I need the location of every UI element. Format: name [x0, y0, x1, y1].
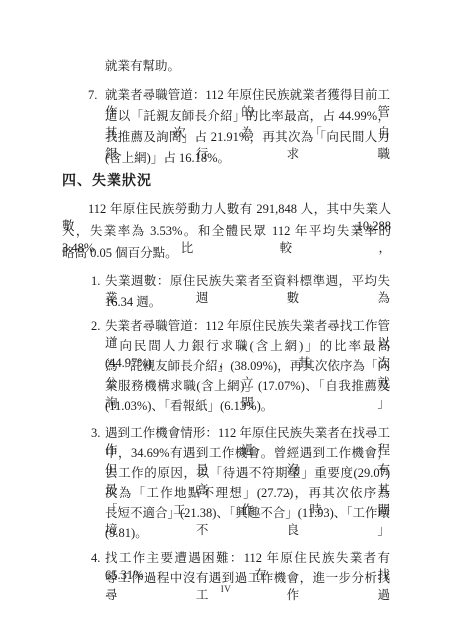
- list-number: 7.: [88, 87, 104, 104]
- body-line: 略高 0.05 個百分點。: [62, 245, 391, 262]
- body-line: (9.81)。: [105, 525, 390, 542]
- body-line: (含上網)」占 16.18%。: [105, 150, 390, 167]
- page-number: IV: [0, 584, 452, 594]
- document-page: 就業有幫助。 7. 就業者尋職管道：112 年原住民族就業者獲得目前工作的管 道…: [0, 0, 452, 640]
- body-line: 16.34 週。: [105, 294, 390, 311]
- body-line: 就業有幫助。: [105, 58, 390, 75]
- body-line: (11.03%)、「看報紙」(6.13%)。: [105, 398, 390, 415]
- section-heading: 四、失業狀況: [62, 170, 152, 190]
